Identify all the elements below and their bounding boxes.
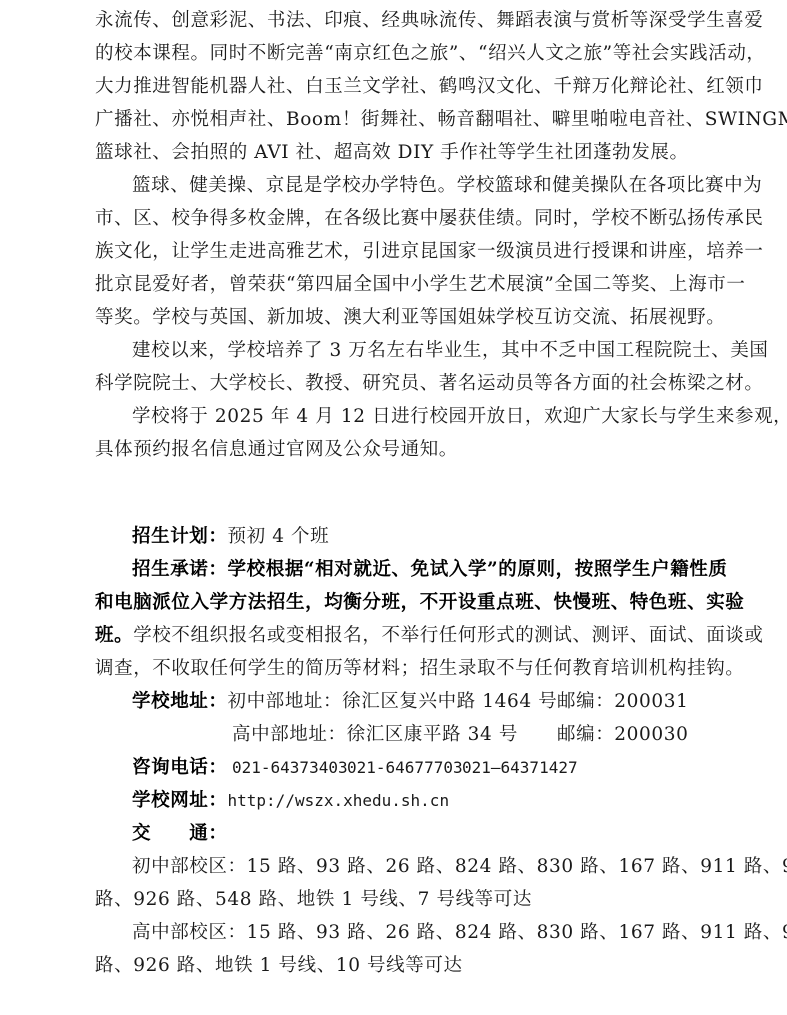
enrollment-promise-line: 招生承诺：学校根据“相对就近、免试入学”的原则，按照学生户籍性质 (95, 553, 688, 586)
transport-junior: 初中部校区：15 路、93 路、26 路、824 路、830 路、167 路、9… (95, 850, 688, 916)
text-line: 具体预约报名信息通过官网及公众号通知。 (95, 433, 688, 466)
enrollment-plan-value: 预初 4 个班 (228, 526, 330, 547)
transport-row: 交 通： (95, 817, 688, 850)
postcode-junior: 邮编：200031 (557, 685, 689, 718)
text-line: 的校本课程。同时不断完善“南京红色之旅”、“绍兴人文之旅”等社会实践活动， (95, 37, 688, 70)
website-row: 学校网址：http://wszx.xhedu.sh.cn (95, 784, 688, 817)
text-line: 永流传、创意彩泥、书法、印痕、经典咏流传、舞蹈表演与赏析等深受学生喜爱 (95, 4, 688, 37)
text-line: 路、926 路、地铁 1 号线、10 号线等可达 (95, 949, 688, 982)
text-line: 科学院院士、大学校长、教授、研究员、著名运动员等各方面的社会栋梁之材。 (95, 367, 688, 400)
phone-number: 021-64373403 (232, 751, 348, 784)
enrollment-promise-text: 学校不组织报名或变相报名，不举行任何形式的测试、测评、面试、面谈或 (133, 625, 763, 646)
phone-label: 咨询电话： (132, 757, 228, 778)
enrollment-plan: 招生计划：预初 4 个班 (95, 520, 688, 553)
enrollment-plan-label: 招生计划： (132, 526, 228, 547)
text-line: 路、926 路、548 路、地铁 1 号线、7 号线等可达 (95, 883, 688, 916)
paragraph-features: 篮球、健美操、京昆是学校办学特色。学校篮球和健美操队在各项比赛中为 市、区、校争… (95, 169, 688, 334)
transport-senior: 高中部校区：15 路、93 路、26 路、824 路、830 路、167 路、9… (95, 916, 688, 982)
text-line: 等奖。学校与英国、新加坡、澳大利亚等国姐妹学校互访交流、拓展视野。 (95, 301, 688, 334)
phone-number: 021—64371427 (462, 751, 578, 784)
phone-row: 咨询电话： 021-64373403 021-64677703 021—6437… (95, 751, 688, 784)
postcode-senior: 邮编：200030 (557, 718, 689, 751)
enrollment-promise-label: 招生承诺： (132, 559, 228, 580)
paragraph-open-day: 学校将于 2025 年 4 月 12 日进行校园开放日，欢迎广大家长与学生来参观… (95, 400, 688, 466)
enrollment-promise-line: 和电脑派位入学方法招生，均衡分班，不开设重点班、快慢班、特色班、实验 (95, 586, 688, 619)
text-line: 学校将于 2025 年 4 月 12 日进行校园开放日，欢迎广大家长与学生来参观… (95, 400, 688, 433)
text-line: 批京昆爱好者，曾荣获“第四届全国中小学生艺术展演”全国二等奖、上海市一 (95, 268, 688, 301)
enrollment-promise-text: 班。 (95, 625, 133, 646)
paragraph-activities: 永流传、创意彩泥、书法、印痕、经典咏流传、舞蹈表演与赏析等深受学生喜爱 的校本课… (95, 4, 688, 169)
website-link[interactable]: http://wszx.xhedu.sh.cn (228, 791, 450, 810)
text-line: 篮球社、会拍照的 AVI 社、超高效 DIY 手作社等学生社团蓬勃发展。 (95, 136, 688, 169)
paragraph-alumni: 建校以来，学校培养了 3 万名左右毕业生，其中不乏中国工程院院士、美国 科学院院… (95, 334, 688, 400)
text-line: 市、区、校争得多枚金牌，在各级比赛中屡获佳绩。同时，学校不断弘扬传承民 (95, 202, 688, 235)
text-line: 广播社、亦悦相声社、Boom！街舞社、畅音翻唱社、噼里啪啦电音社、SWINGMA… (95, 103, 688, 136)
website-label: 学校网址： (132, 790, 228, 811)
section-spacer (95, 466, 688, 520)
transport-label: 交 通： (132, 823, 228, 844)
enrollment-promise-line: 班。学校不组织报名或变相报名，不举行任何形式的测试、测评、面试、面谈或 (95, 619, 688, 652)
text-line: 大力推进智能机器人社、白玉兰文学社、鹤鸣汉文化、千辩万化辩论社、红领巾 (95, 70, 688, 103)
document-page: 永流传、创意彩泥、书法、印痕、经典咏流传、舞蹈表演与赏析等深受学生喜爱 的校本课… (95, 4, 688, 982)
phone-number: 021-64677703 (347, 751, 463, 784)
address-senior: 高中部地址：徐汇区康平路 34 号 (232, 724, 518, 745)
address-junior-row: 学校地址：初中部地址：徐汇区复兴中路 1464 号 邮编：200031 (95, 685, 688, 718)
text-line: 篮球、健美操、京昆是学校办学特色。学校篮球和健美操队在各项比赛中为 (95, 169, 688, 202)
enrollment-promise-line: 调查，不收取任何学生的简历等材料；招生录取不与任何教育培训机构挂钩。 (95, 652, 688, 685)
enrollment-promise-text: 学校根据“相对就近、免试入学”的原则，按照学生户籍性质 (228, 559, 728, 580)
address-label: 学校地址： (132, 691, 228, 712)
text-line: 初中部校区：15 路、93 路、26 路、824 路、830 路、167 路、9… (95, 850, 688, 883)
text-line: 高中部校区：15 路、93 路、26 路、824 路、830 路、167 路、9… (95, 916, 688, 949)
address-junior: 初中部地址：徐汇区复兴中路 1464 号 (228, 691, 558, 712)
text-line: 族文化，让学生走进高雅艺术，引进京昆国家一级演员进行授课和讲座，培养一 (95, 235, 688, 268)
address-senior-row: 高中部地址：徐汇区康平路 34 号 邮编：200030 (95, 718, 688, 751)
enrollment-promise: 招生承诺：学校根据“相对就近、免试入学”的原则，按照学生户籍性质 和电脑派位入学… (95, 553, 688, 685)
text-line: 建校以来，学校培养了 3 万名左右毕业生，其中不乏中国工程院院士、美国 (95, 334, 688, 367)
